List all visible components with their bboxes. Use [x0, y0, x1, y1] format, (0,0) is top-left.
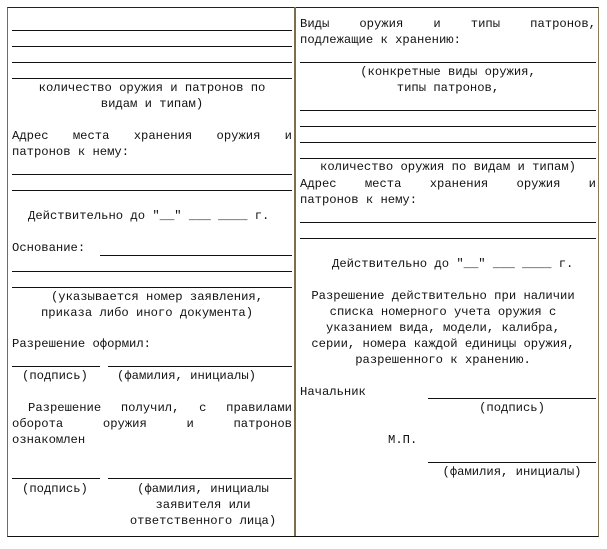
- types-line[interactable]: [300, 126, 596, 127]
- basis-line[interactable]: [12, 287, 292, 288]
- issued-by-label: Разрешение оформил:: [12, 336, 151, 352]
- types-label: подлежащие к хранению:: [300, 32, 461, 48]
- blank-line[interactable]: [12, 62, 292, 63]
- types-label: Виды оружия и типы патронов,: [300, 16, 596, 32]
- column-divider: [294, 7, 296, 536]
- valid-until: Действительно до "__" ___ ____ г.: [332, 256, 573, 272]
- signature-caption: (подпись): [22, 368, 88, 384]
- condition-text: серии, номера каждой единицы оружия,: [298, 336, 588, 352]
- signature-line[interactable]: [428, 398, 596, 399]
- valid-until: Действительно до "__" ___ ____ г.: [28, 208, 269, 224]
- address-label: Адрес места хранения оружия и: [300, 176, 596, 192]
- received-text: Разрешение получил, с правилами: [28, 400, 292, 416]
- basis-line[interactable]: [100, 255, 292, 256]
- signature-caption: (подпись): [22, 481, 88, 497]
- address-line[interactable]: [12, 174, 292, 175]
- basis-caption: (указывается номер заявления,: [12, 289, 302, 305]
- types-line[interactable]: [300, 142, 596, 143]
- condition-text: Разрешение действительно при наличии: [298, 288, 588, 304]
- blank-line[interactable]: [12, 78, 292, 79]
- signature-line[interactable]: [12, 478, 100, 479]
- condition-text: разрешенного к хранению.: [298, 352, 588, 368]
- condition-text: списка номерного учета оружия с: [298, 304, 588, 320]
- basis-line[interactable]: [12, 271, 292, 272]
- quantity-caption: количество оружия по видам и типам): [300, 159, 596, 175]
- address-label: патронов к нему:: [12, 144, 129, 160]
- basis-caption: приказа либо иного документа): [12, 305, 282, 321]
- applicant-caption: (фамилия, инициалы: [108, 481, 298, 497]
- address-line[interactable]: [300, 238, 596, 239]
- name-line[interactable]: [428, 462, 596, 463]
- name-caption: (фамилия, инициалы): [117, 368, 256, 384]
- address-line[interactable]: [12, 190, 292, 191]
- name-caption: (фамилия, инициалы): [428, 464, 596, 480]
- chief-label: Начальник: [300, 384, 366, 400]
- address-label: патронов к нему:: [300, 192, 417, 208]
- types-line[interactable]: [300, 110, 596, 111]
- name-line[interactable]: [108, 366, 292, 367]
- address-line[interactable]: [300, 222, 596, 223]
- blank-line[interactable]: [12, 30, 292, 31]
- quantity-caption: количество оружия и патронов по: [12, 80, 292, 96]
- types-caption: типы патронов,: [300, 80, 596, 96]
- received-text: оборота оружия и патронов: [12, 416, 292, 432]
- blank-line[interactable]: [12, 46, 292, 47]
- applicant-caption: ответственного лица): [108, 513, 298, 529]
- condition-text: указанием вида, модели, калибра,: [298, 320, 588, 336]
- applicant-caption: заявителя или: [108, 497, 298, 513]
- name-line[interactable]: [108, 478, 292, 479]
- basis-label: Основание:: [12, 240, 85, 256]
- types-line[interactable]: [300, 62, 596, 63]
- quantity-caption: видам и типам): [12, 96, 292, 112]
- address-label: Адрес места хранения оружия и: [12, 128, 292, 144]
- types-caption: (конкретные виды оружия,: [300, 64, 596, 80]
- stamp-label: М.П.: [388, 432, 417, 448]
- received-text: ознакомлен: [12, 432, 85, 448]
- signature-line[interactable]: [12, 366, 100, 367]
- signature-caption: (подпись): [428, 400, 596, 416]
